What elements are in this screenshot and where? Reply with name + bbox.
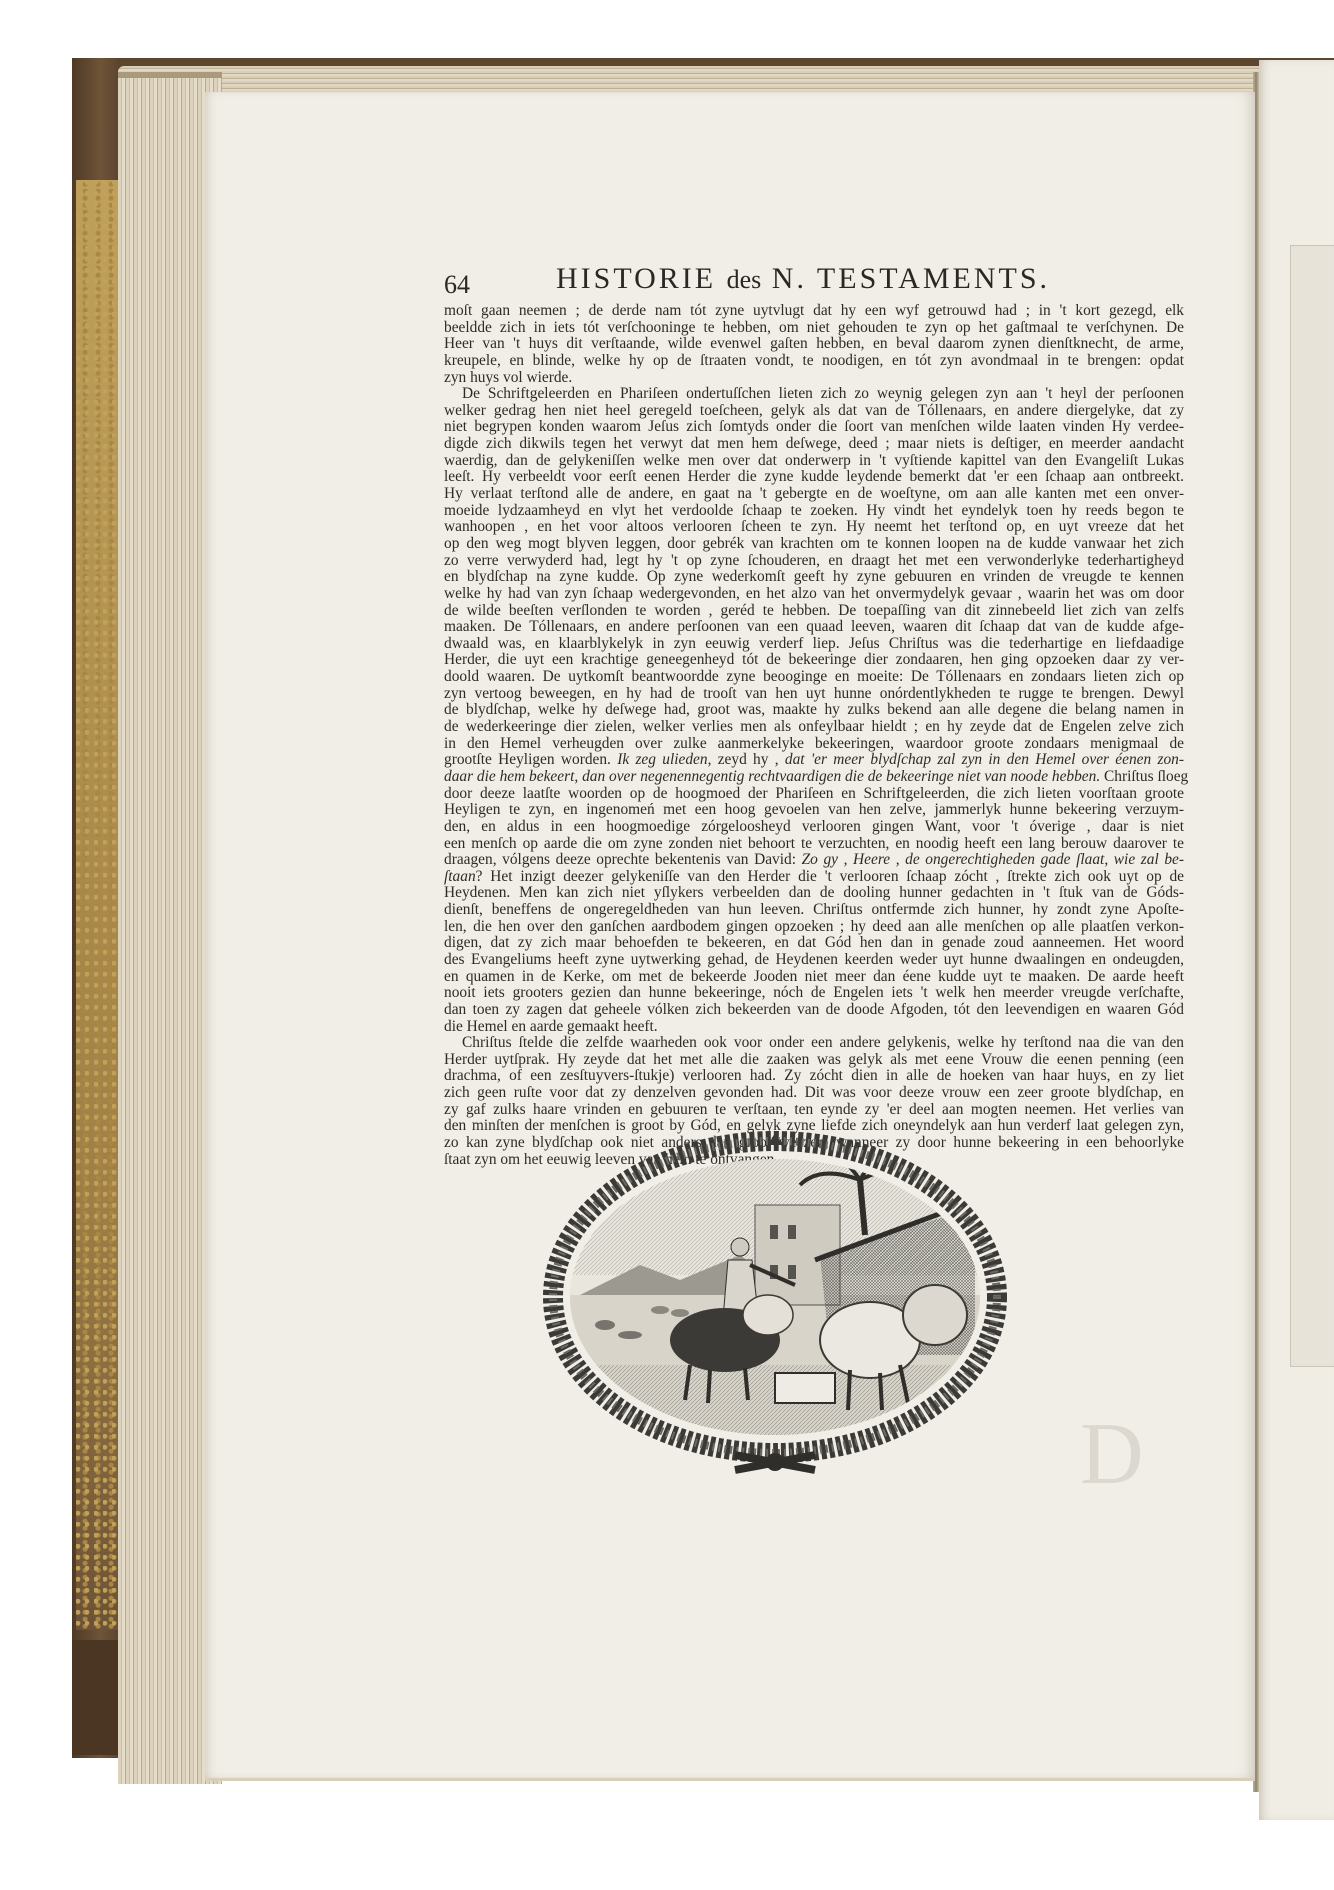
text-line: Heyligen te zyn, en ingenomeń met een ho… [444, 802, 1184, 819]
text-line: kreupele, en blinde, welke hy op de ſtra… [444, 353, 1184, 370]
show-through-initial: D [1080, 1410, 1200, 1500]
text-line: Heer van 't huys dit verſtaande, wilde e… [444, 336, 1184, 353]
text-line: De Schriftgeleerden en Phariſeen ondertu… [444, 386, 1184, 403]
text-line: Chriſtus ſtelde die zelfde waarheden ook… [444, 1035, 1184, 1052]
text-line: den, en aldus in een hoogmoedige zórgelo… [444, 819, 1184, 836]
text-line: zich geen ruſte voor dat zy denzelven ge… [444, 1085, 1184, 1102]
running-head: 64 HISTORIE des N. TESTAMENTS. [444, 262, 1084, 302]
text-line: grootſte Heyligen worden. Ik zeg ulieden… [444, 752, 1184, 769]
text-line: door deeze laatſte woorden op de hoogmoe… [444, 786, 1184, 803]
text-line: ſtaan? Het inzigt deezer gelykeniſſe van… [444, 869, 1184, 886]
text-line: wanhoopen , en het voor altoos verlooren… [444, 519, 1184, 536]
text-line: daar die hem bekeert, dan over negenenne… [444, 769, 1184, 786]
marbled-cover-paper [76, 180, 120, 1630]
text-line: zyn huys vol wierde. [444, 370, 1184, 387]
body-text: moſt gaan neemen ; de derde nam tót zyne… [444, 303, 1184, 1168]
text-line: digde zich dikwils tegen het verwyt dat … [444, 436, 1184, 453]
text-line: Herder, die uyt een krachtige geneegenhe… [444, 652, 1184, 669]
text-line: dienſt, beneffens de ongeregeldheden van… [444, 902, 1184, 919]
text-line: digen, dat zy zich maar behoefden te bek… [444, 935, 1184, 952]
text-line: zy gaf zulks haare vrinden en gebuuren t… [444, 1102, 1184, 1119]
text-line: in den Hemel verheugden over zulke aanme… [444, 736, 1184, 753]
text-line: de blydſchap, welke hy deſwege had, groo… [444, 702, 1184, 719]
text-line: zo verre verwyderd had, legt hy 't op zy… [444, 553, 1184, 570]
text-line: draagen, vólgens deeze oprechte bekenten… [444, 852, 1184, 869]
text-line: moſt gaan neemen ; de derde nam tót zyne… [444, 303, 1184, 320]
text-line: welker gedrag hen niet heel geregeld toe… [444, 403, 1184, 420]
text-line: op den weg mogt blyven leggen, door gebr… [444, 536, 1184, 553]
text-line: welke hy had van zyn ſchaap wedergevonde… [444, 586, 1184, 603]
text-line: leeſt. Hy verbeeldt voor eerſt eenen Her… [444, 469, 1184, 486]
text-line: een menſch op aarde die om zyne zonden n… [444, 836, 1184, 853]
text-line: de wederkeeringe dier zielen, welker ver… [444, 719, 1184, 736]
text-line: zyn vertoog beweegen, en hy had de trooſ… [444, 686, 1184, 703]
text-line: len, die hen over den ganſchen aardbodem… [444, 919, 1184, 936]
page-title: HISTORIE des N. TESTAMENTS. [556, 262, 1050, 296]
text-line: Heydenen. Men kan zich niet yſlykers ver… [444, 885, 1184, 902]
text-line: en quamen in de Kerke, om met de bekeerd… [444, 969, 1184, 986]
text-line: niet begrypen konden waarom Jeſus zich ſ… [444, 419, 1184, 436]
text-line: dan toen zy zagen dat geheele vólken zic… [444, 1002, 1184, 1019]
text-line: en blydſchap na zyne kudde. Op zyne wede… [444, 569, 1184, 586]
text-line: maaken. De Tóllenaars, en andere perſoon… [444, 619, 1184, 636]
text-line: die Hemel en aarde gemaakt heeft. [444, 1019, 1184, 1036]
text-line: Herder uytſprak. Hy zeyde dat het met al… [444, 1052, 1184, 1069]
text-line: dwaald was, en klaarblykelyk in zyn eeuw… [444, 636, 1184, 653]
text-line: drachma, of een zesſtuyvers-ſtukje) verl… [444, 1068, 1184, 1085]
oval-engraving [530, 1125, 1020, 1490]
page-stack-top-edge [118, 66, 1268, 94]
text-line: beeldde zich in iets tót verſchooninge t… [444, 320, 1184, 337]
text-line: moeide lydzaamheyd en vlyt het verdoolde… [444, 503, 1184, 520]
page-number: 64 [444, 270, 470, 300]
text-line: de wilde beeſten verſlonden te worden , … [444, 603, 1184, 620]
text-line: Hy verlaat terſtond alle de andere, en g… [444, 486, 1184, 503]
facing-plate-impression [1290, 245, 1334, 1367]
cover-corner [72, 1640, 120, 1755]
text-line: doold waaren. De uytkomſt beantwoordde z… [444, 669, 1184, 686]
text-line: des Evangeliums heeft zyne uytwerking ge… [444, 952, 1184, 969]
text-line: waerdig, dan de gelykeniſſen welke men o… [444, 453, 1184, 470]
text-line: nooit iets grooters gezien dan hunne bek… [444, 985, 1184, 1002]
